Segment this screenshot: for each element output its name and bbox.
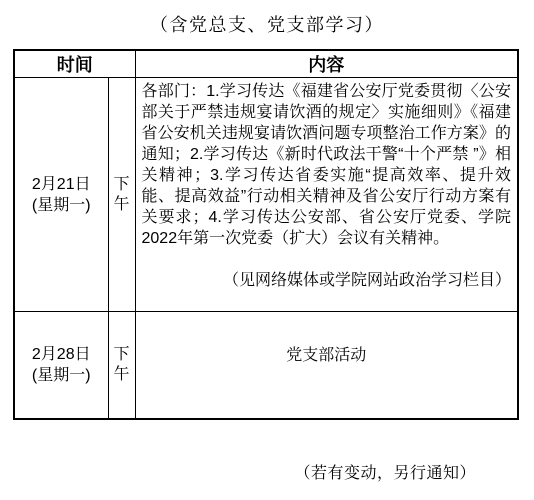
content-cell: 党支部活动 [135,312,518,419]
period-cell: 下 午 [108,312,135,419]
weekday-text: (星期一) [15,195,108,216]
table-row: 2月21日 (星期一) 下 午 各部门：1.学习传达《福建省公安厅党委贯彻〈公安… [14,78,518,312]
table-row: 2月28日 (星期一) 下 午 党支部活动 [14,312,518,419]
schedule-table: 时间 内容 2月21日 (星期一) 下 午 各部门：1.学习传达《福建省公安厅党… [13,49,519,420]
period-char: 下 [109,175,135,195]
period-cell: 下 午 [108,78,135,312]
date-cell: 2月21日 (星期一) [14,78,108,312]
table-header-row: 时间 内容 [14,50,518,78]
content-source-note: （见网络媒体或学院网站政治学习栏目） [142,270,512,291]
date-cell: 2月28日 (星期一) [14,312,108,419]
content-text: 党支部活动 [136,342,518,365]
content-cell: 各部门：1.学习传达《福建省公安厅党委贯彻〈公安部关于严禁违规宴请饮酒的规定〉实… [135,78,518,312]
column-header-time: 时间 [14,50,135,78]
date-text: 2月28日 [15,344,108,365]
content-text: 各部门：1.学习传达《福建省公安厅党委贯彻〈公安部关于严禁违规宴请饮酒的规定〉实… [142,81,512,249]
period-char: 午 [109,195,135,215]
weekday-text: (星期一) [15,365,108,386]
period-char: 午 [109,365,135,385]
period-char: 下 [109,345,135,365]
date-text: 2月21日 [15,174,108,195]
column-header-content: 内容 [135,50,518,78]
page-title: （含党总支、党支部学习） [0,11,534,37]
footer-note: （若有变动，另行通知） [294,460,476,483]
